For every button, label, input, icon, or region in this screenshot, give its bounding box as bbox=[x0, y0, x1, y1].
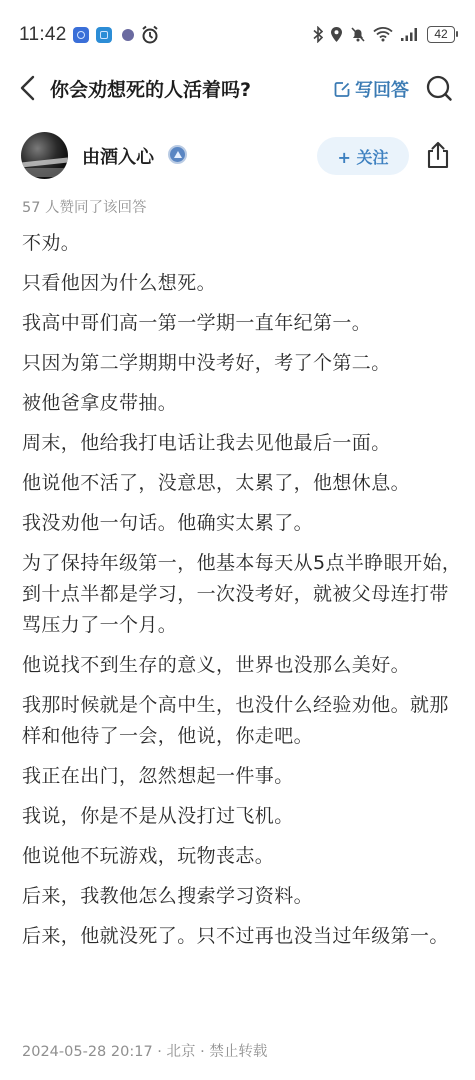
system-status-icons: 42 bbox=[313, 24, 455, 44]
vote-summary: 57 人赞同了该回答 bbox=[22, 196, 147, 217]
status-time: 11:42 bbox=[19, 24, 67, 46]
share-icon[interactable] bbox=[424, 140, 452, 170]
follow-button[interactable]: + 关注 bbox=[317, 137, 409, 175]
answer-paragraph: 只因为第二学期期中没考好，考了个第二。 bbox=[22, 348, 462, 379]
verified-badge-icon bbox=[168, 145, 187, 164]
message-notification-icon bbox=[96, 27, 112, 43]
mute-icon bbox=[350, 26, 366, 43]
question-header: 你会劝想死的人活着吗? 写回答 bbox=[0, 62, 475, 114]
search-icon[interactable] bbox=[425, 74, 453, 102]
status-bar: 11:42 42 bbox=[0, 0, 475, 62]
answer-paragraph: 他说找不到生存的意义，世界也没那么美好。 bbox=[22, 650, 462, 681]
answer-paragraph: 不劝。 bbox=[22, 228, 462, 259]
answer-paragraph: 周末，他给我打电话让我去见他最后一面。 bbox=[22, 428, 462, 459]
edit-icon bbox=[334, 81, 351, 98]
answer-body: 不劝。 只看他因为什么想死。 我高中哥们高一第一学期一直年纪第一。 只因为第二学… bbox=[22, 228, 462, 961]
answer-paragraph: 他说他不玩游戏，玩物丧志。 bbox=[22, 841, 462, 872]
location-icon bbox=[330, 26, 343, 43]
battery-icon: 42 bbox=[427, 26, 455, 43]
author-row: 由酒入心 + 关注 bbox=[0, 128, 475, 184]
avatar[interactable] bbox=[21, 132, 68, 179]
bluetooth-icon bbox=[313, 26, 323, 43]
app-notification-icon bbox=[73, 27, 89, 43]
answer-paragraph: 我正在出门，忽然想起一件事。 bbox=[22, 761, 462, 792]
write-answer-label: 写回答 bbox=[355, 76, 409, 102]
follow-label: + 关注 bbox=[338, 145, 389, 168]
signal-icon bbox=[400, 26, 420, 42]
author-name[interactable]: 由酒入心 bbox=[82, 143, 154, 169]
answer-paragraph: 后来，他就没死了。只不过再也没当过年级第一。 bbox=[22, 921, 462, 952]
answer-paragraph: 被他爸拿皮带抽。 bbox=[22, 388, 462, 419]
back-button[interactable] bbox=[16, 74, 40, 102]
answer-paragraph: 我高中哥们高一第一学期一直年纪第一。 bbox=[22, 308, 462, 339]
answer-meta: 2024-05-28 20:17 · 北京 · 禁止转载 bbox=[22, 1040, 267, 1061]
answer-paragraph: 我那时候就是个高中生，也没什么经验劝他。就那样和他待了一会，他说，你走吧。 bbox=[22, 690, 462, 752]
answer-paragraph: 我说，你是不是从没打过飞机。 bbox=[22, 801, 462, 832]
wifi-icon bbox=[373, 26, 393, 42]
answer-paragraph: 他说他不活了，没意思，太累了，他想休息。 bbox=[22, 468, 462, 499]
write-answer-button[interactable]: 写回答 bbox=[334, 76, 409, 102]
answer-paragraph: 为了保持年级第一，他基本每天从5点半睁眼开始，到十点半都是学习，一次没考好，就被… bbox=[22, 548, 462, 641]
question-title[interactable]: 你会劝想死的人活着吗? bbox=[50, 75, 251, 102]
answer-paragraph: 后来，我教他怎么搜索学习资料。 bbox=[22, 881, 462, 912]
answer-paragraph: 我没劝他一句话。他确实太累了。 bbox=[22, 508, 462, 539]
alarm-icon bbox=[141, 25, 159, 45]
app-notification-icon-3 bbox=[122, 29, 134, 41]
answer-paragraph: 只看他因为什么想死。 bbox=[22, 268, 462, 299]
